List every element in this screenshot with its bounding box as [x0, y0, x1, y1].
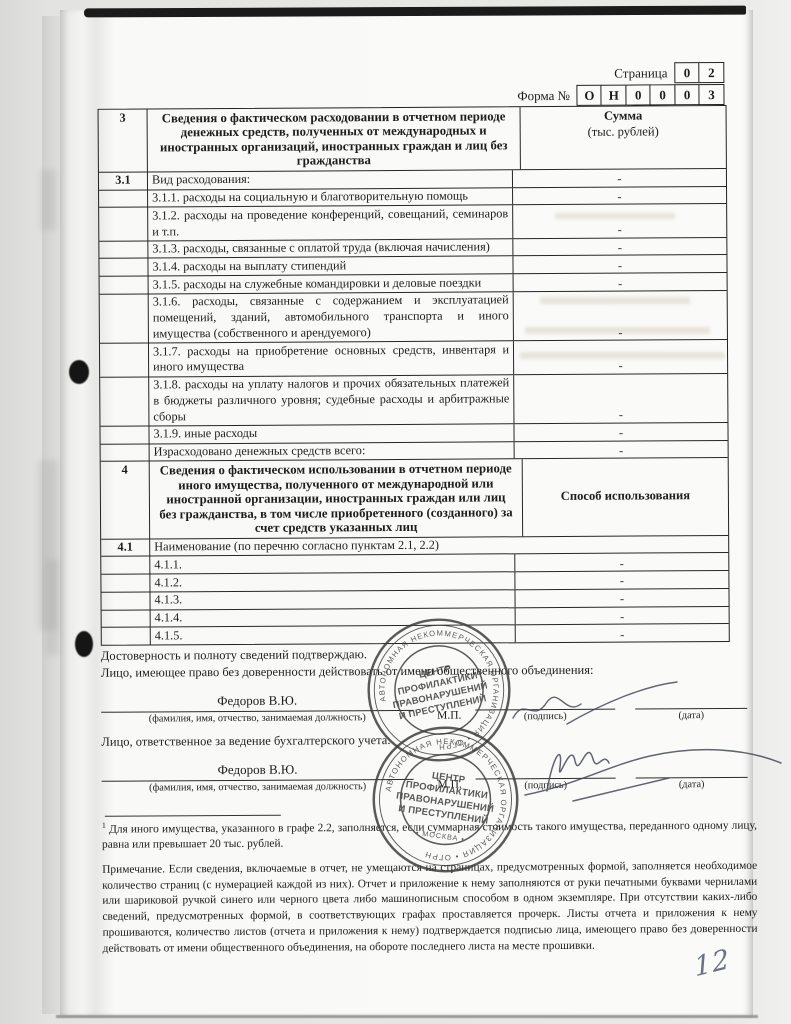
row-number-cell — [100, 277, 149, 294]
row-value-cell: - — [515, 553, 728, 571]
row-number-cell: 4.1 — [101, 539, 150, 556]
row-number-cell — [102, 628, 151, 645]
document-content: Страница 02 Форма № ОН0003 3Сведения о ф… — [0, 0, 791, 1024]
form-code-box: О — [576, 85, 602, 106]
section-number-cell: 3 — [99, 110, 148, 172]
row-number-cell — [100, 377, 149, 426]
row-value-cell: - — [515, 589, 728, 607]
row-label-cell: 4.1.1. — [150, 555, 515, 574]
value-dash: - — [618, 277, 622, 290]
form-label: Форма № — [517, 87, 570, 103]
row-number-cell — [99, 208, 148, 241]
row-label-cell: Наименование (по перечню согласно пункта… — [150, 536, 728, 556]
row-number-cell — [99, 190, 148, 207]
row-value-cell: - — [514, 423, 727, 441]
row-value-cell: - — [513, 187, 726, 205]
table-row: 3.1.2. расходы на проведение конференций… — [99, 204, 726, 241]
value-dash: - — [620, 575, 624, 588]
row-value-cell: - — [513, 238, 726, 256]
punch-hole-top — [69, 360, 89, 384]
row-label-cell: 3.1.6. расходы, связанные с содержанием … — [149, 292, 514, 342]
row-number-cell — [99, 259, 148, 276]
value-dash: - — [617, 173, 621, 186]
row-value-cell: - — [514, 340, 727, 374]
section-value-header-cell: Сумма(тыс. рублей) — [521, 106, 726, 169]
scanned-document-page: Страница 02 Форма № ОН0003 3Сведения о ф… — [0, 0, 791, 1024]
row-value-cell: - — [516, 624, 729, 642]
value-dash: - — [617, 190, 621, 203]
page-label: Страница — [614, 65, 667, 81]
row-label-cell: Израсходовано денежных средств всего: — [150, 442, 515, 461]
form-code-box: 3 — [698, 84, 724, 105]
row-value-cell: - — [513, 255, 726, 273]
row-value-cell: - — [514, 291, 727, 341]
value-dash: - — [620, 557, 624, 570]
row-label-cell: 3.1.1. расходы на социальную и благотвор… — [148, 188, 513, 207]
row-number-cell — [100, 294, 149, 343]
value-header-line2: (тыс. рублей) — [588, 124, 659, 140]
table-row: 3.1.6. расходы, связанные с содержанием … — [100, 291, 727, 344]
value-dash: - — [619, 360, 623, 373]
row-value-cell: - — [513, 169, 726, 187]
row-number-cell — [102, 610, 151, 627]
value-dash: - — [619, 444, 623, 457]
value-dash: - — [619, 409, 623, 422]
value-dash: - — [620, 593, 624, 606]
row-label-cell: 3.1.5. расходы на служебные командировки… — [149, 274, 514, 293]
form-code-box: Н — [601, 85, 627, 106]
name-field: Федоров В.Ю. (фамилия, имя, отчество, за… — [102, 761, 414, 794]
row-label-cell: 3.1.2. расходы на проведение конференций… — [148, 206, 513, 241]
row-label-cell: 3.1.4. расходы на выплату стипендий — [148, 257, 513, 276]
section-number-cell: 4 — [101, 462, 150, 539]
row-number-cell — [100, 344, 149, 377]
row-label-cell: Вид расходования: — [148, 170, 513, 189]
value-dash: - — [619, 427, 623, 440]
row-value-cell: - — [515, 441, 728, 459]
table-row: 3.1.8. расходы на уплату налогов и прочи… — [100, 374, 727, 427]
handwritten-signature-2 — [515, 733, 785, 811]
value-dash: - — [620, 610, 624, 623]
form-code-box: 0 — [650, 84, 676, 105]
value-dash: - — [618, 224, 622, 237]
row-label-cell: 3.1.8. расходы на уплату налогов и прочи… — [149, 375, 514, 425]
row-value-cell: - — [514, 273, 727, 291]
page-number-box: 0 — [674, 62, 700, 83]
row-label-cell: 3.1.9. иные расходы — [149, 424, 514, 443]
row-number-cell — [101, 575, 150, 592]
row-number-cell — [101, 592, 150, 609]
handwritten-signature-1 — [505, 678, 680, 733]
form-code-box: 0 — [674, 84, 700, 105]
row-number-cell — [101, 557, 150, 574]
value-dash: - — [618, 326, 622, 339]
section-value-header-cell: Способ использования — [523, 458, 728, 536]
page-number-bar: Страница 02 — [97, 62, 724, 87]
report-table: 3Сведения о фактическом расходовании в о… — [98, 105, 730, 646]
section-header-row: 3Сведения о фактическом расходовании в о… — [99, 106, 726, 173]
row-number-cell — [99, 241, 148, 258]
round-stamp-bottom: АВТОНОМНАЯ НЕКОММЕРЧЕСКАЯ ОРГАНИЗАЦИЯ • … — [359, 713, 532, 886]
form-code-bar: Форма № ОН0003 — [97, 84, 724, 109]
value-header-line1: Сумма — [604, 108, 642, 124]
page-number-box: 2 — [698, 62, 724, 83]
form-code-box: 0 — [625, 84, 651, 105]
row-number-cell: 3.1 — [99, 172, 148, 189]
value-dash: - — [620, 628, 624, 641]
footnote-divider — [105, 815, 281, 817]
value-header-line1: Способ использования — [561, 489, 690, 506]
section-title-cell: Сведения о фактическом использовании в о… — [150, 460, 523, 539]
row-number-cell — [101, 444, 150, 461]
row-value-cell: - — [516, 606, 729, 624]
punch-hole-bottom — [75, 631, 93, 657]
stamp-city-text: • МОСКВА • — [415, 828, 465, 844]
row-label-cell: 4.1.3. — [150, 590, 515, 609]
section-header-row: 4Сведения о фактическом использовании в … — [101, 458, 728, 539]
row-value-cell: - — [513, 204, 726, 238]
value-dash: - — [618, 242, 622, 255]
row-label-cell: 4.1.2. — [150, 572, 515, 591]
table-row: 3.1.7. расходы на приобретение основных … — [100, 340, 727, 377]
name-caption: (фамилия, имя, отчество, занимаемая долж… — [102, 781, 414, 794]
row-value-cell: - — [514, 374, 727, 424]
form-code-boxes: ОН0003 — [578, 84, 725, 106]
footnote-marker: 1 — [102, 821, 106, 830]
signer-name: Федоров В.Ю. — [102, 761, 414, 780]
page-number-boxes: 02 — [675, 62, 724, 83]
section-title-cell: Сведения о фактическом расходовании в от… — [148, 107, 521, 171]
row-label-cell: 3.1.3. расходы, связанные с оплатой труд… — [148, 239, 513, 258]
row-label-cell: 3.1.7. расходы на приобретение основных … — [149, 341, 514, 376]
row-number-cell — [100, 426, 149, 443]
value-dash: - — [618, 259, 622, 272]
row-value-cell: - — [515, 571, 728, 589]
